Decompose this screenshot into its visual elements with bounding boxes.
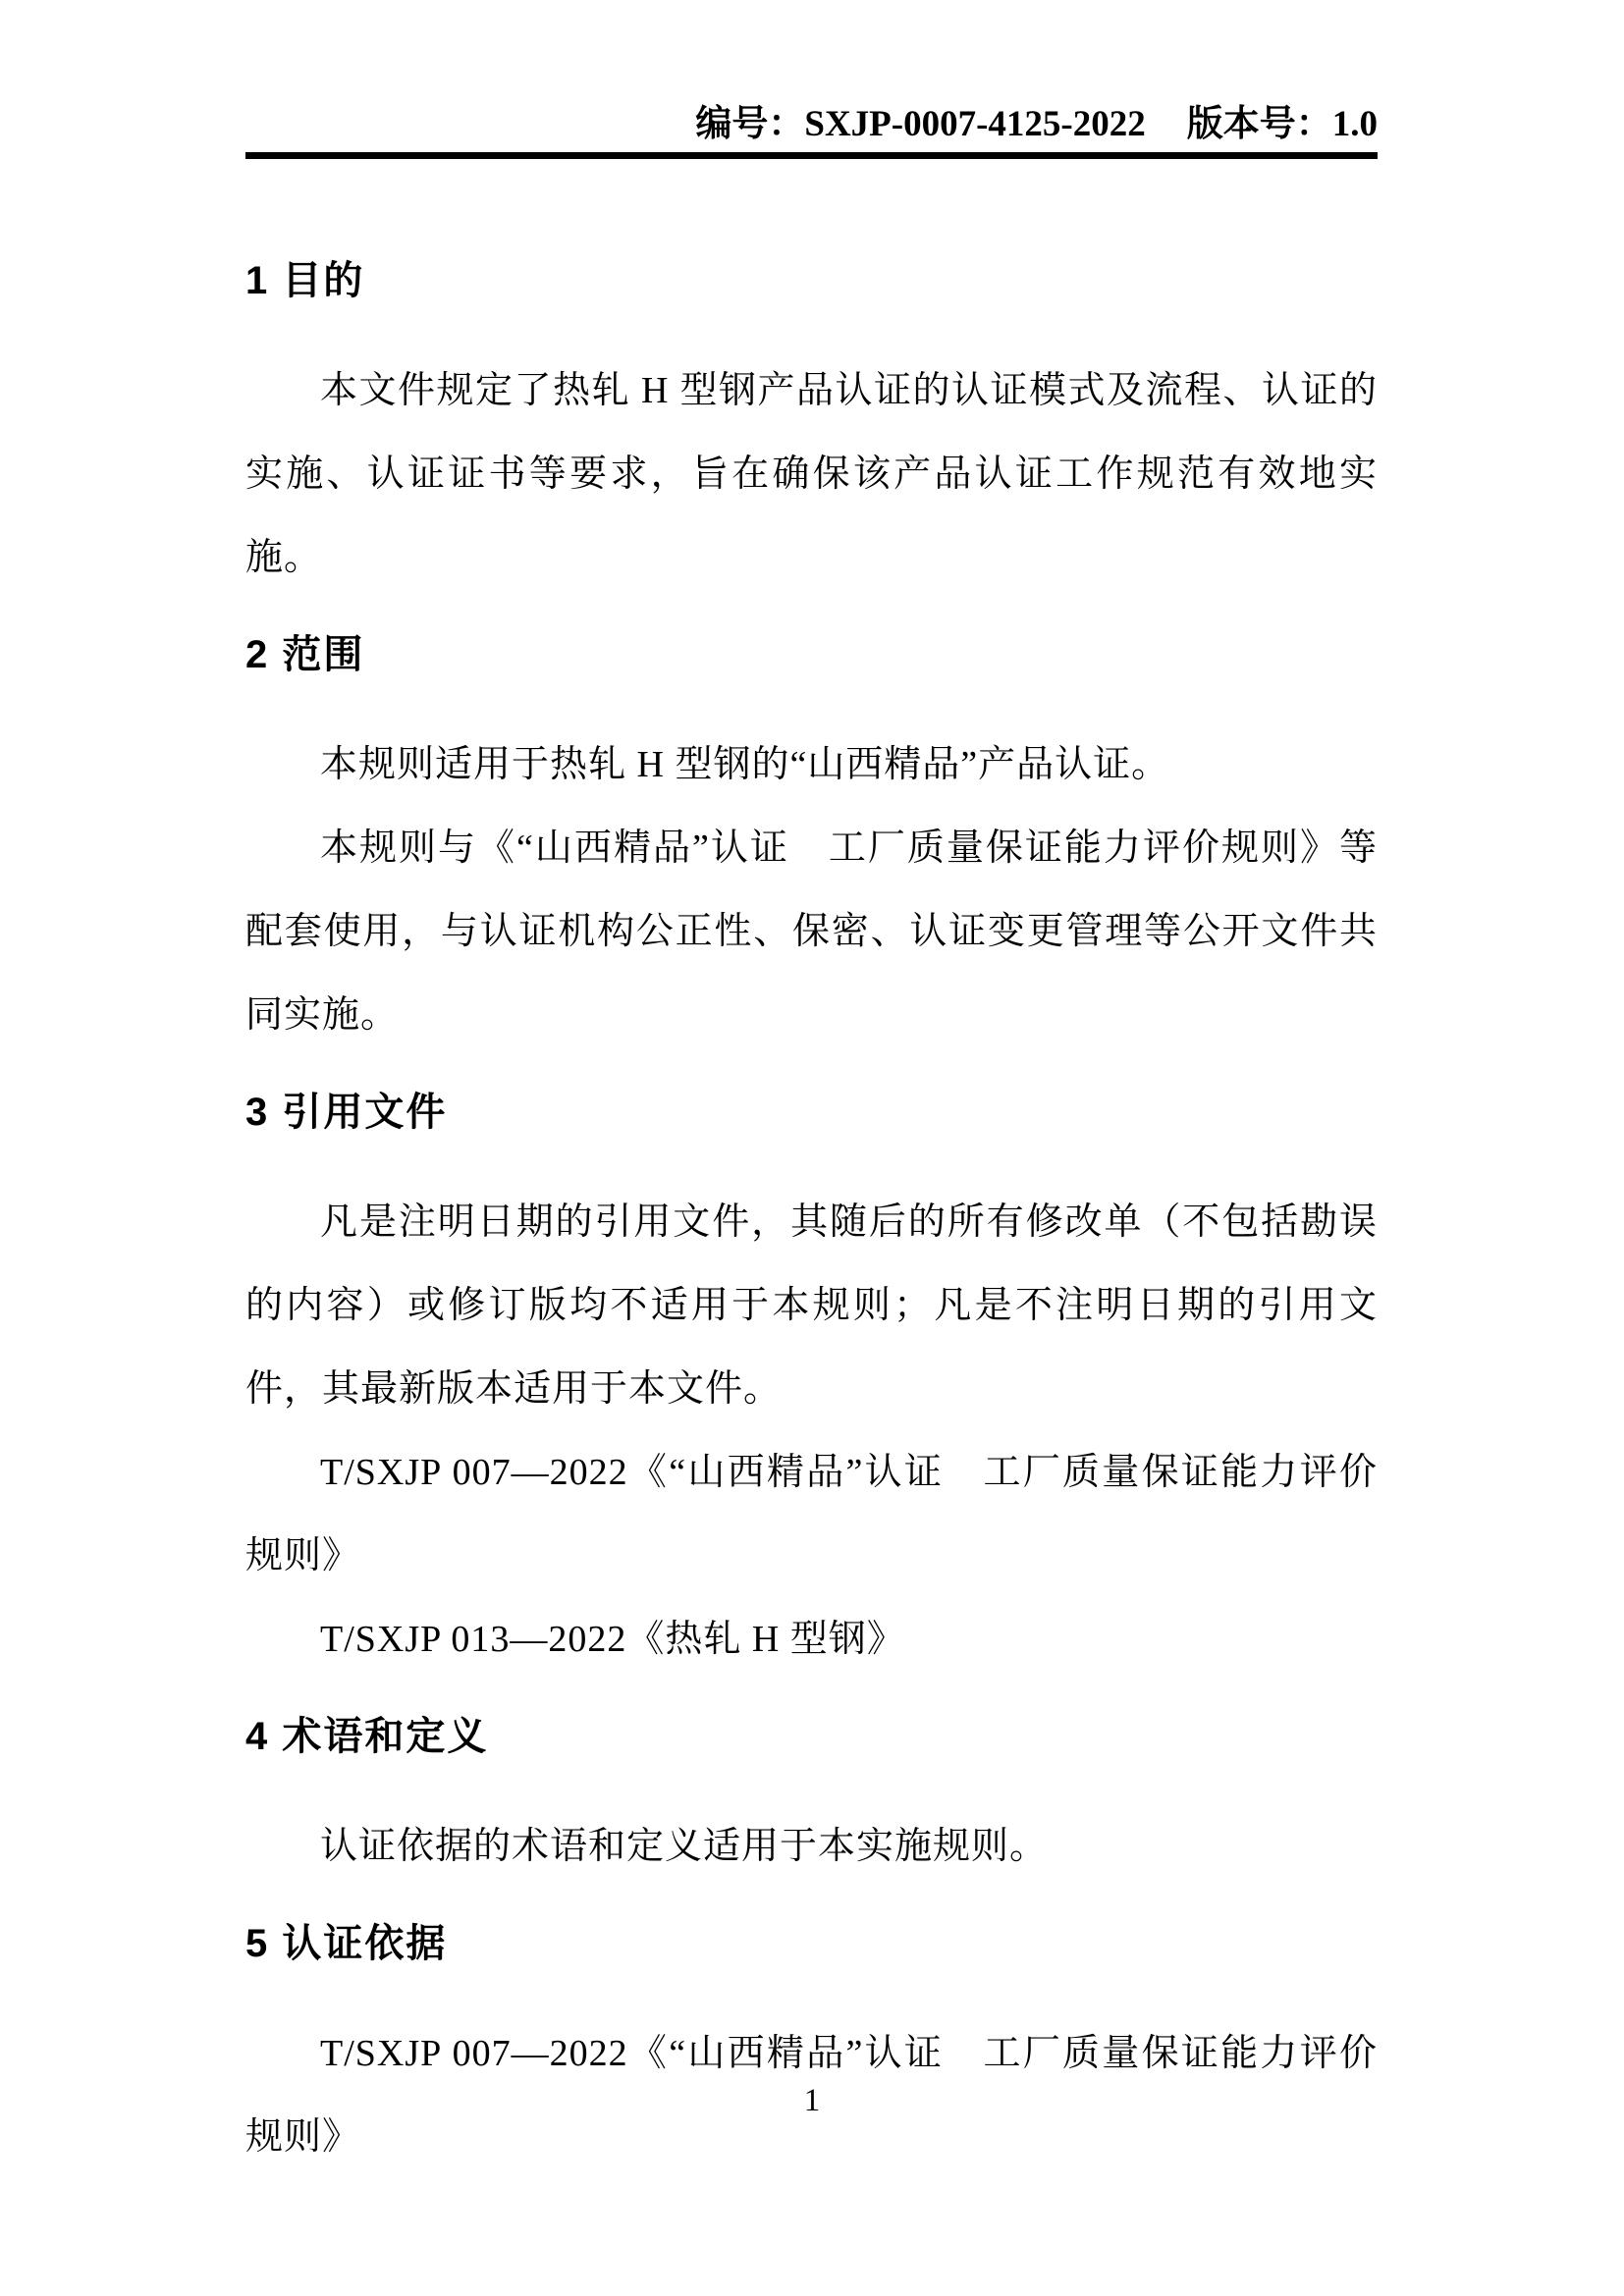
page-number: 1 — [804, 2083, 821, 2118]
section-certification-basis: 5 认证依据 T/SXJP 007—2022《“山西精品”认证 工厂质量保证能力… — [245, 1914, 1378, 2179]
version-label: 版本号： — [1187, 103, 1332, 143]
header-rule — [245, 152, 1378, 159]
paragraph: 本规则与《“山西精品”认证 工厂质量保证能力评价规则》等配套使用，与认证机构公正… — [245, 807, 1378, 1057]
document-header: 编号：SXJP-0007-4125-2022版本号：1.0 — [245, 98, 1378, 150]
section-terms: 4 术语和定义 认证依据的术语和定义适用于本实施规则。 — [245, 1707, 1378, 1889]
document-page: 编号：SXJP-0007-4125-2022版本号：1.0 1 目的 本文件规定… — [0, 0, 1624, 2296]
version-value: 1.0 — [1332, 104, 1378, 144]
section-heading-terms: 4 术语和定义 — [245, 1707, 1378, 1766]
paragraph: 本文件规定了热轧 H 型钢产品认证的认证模式及流程、认证的实施、认证证书等要求，… — [245, 349, 1378, 600]
section-heading-purpose: 1 目的 — [245, 251, 1378, 310]
section-heading-certification-basis: 5 认证依据 — [245, 1914, 1378, 1973]
paragraph: 认证依据的术语和定义适用于本实施规则。 — [245, 1805, 1378, 1889]
section-heading-scope: 2 范围 — [245, 625, 1378, 684]
paragraph: 本规则适用于热轧 H 型钢的“山西精品”产品认证。 — [245, 723, 1378, 807]
paragraph: 凡是注明日期的引用文件，其随后的所有修改单（不包括勘误的内容）或修订版均不适用于… — [245, 1181, 1378, 1431]
page-footer: 1 — [0, 2079, 1624, 2122]
section-scope: 2 范围 本规则适用于热轧 H 型钢的“山西精品”产品认证。 本规则与《“山西精… — [245, 625, 1378, 1057]
section-purpose: 1 目的 本文件规定了热轧 H 型钢产品认证的认证模式及流程、认证的实施、认证证… — [245, 251, 1378, 600]
section-heading-references: 3 引用文件 — [245, 1083, 1378, 1142]
document-body: 1 目的 本文件规定了热轧 H 型钢产品认证的认证模式及流程、认证的实施、认证证… — [245, 226, 1378, 2179]
doc-number-value: SXJP-0007-4125-2022 — [804, 104, 1145, 144]
paragraph: T/SXJP 007—2022《“山西精品”认证 工厂质量保证能力评价规则》 — [245, 1431, 1378, 1598]
paragraph: T/SXJP 013—2022《热轧 H 型钢》 — [245, 1598, 1378, 1682]
section-references: 3 引用文件 凡是注明日期的引用文件，其随后的所有修改单（不包括勘误的内容）或修… — [245, 1083, 1378, 1682]
doc-number-label: 编号： — [695, 103, 804, 143]
